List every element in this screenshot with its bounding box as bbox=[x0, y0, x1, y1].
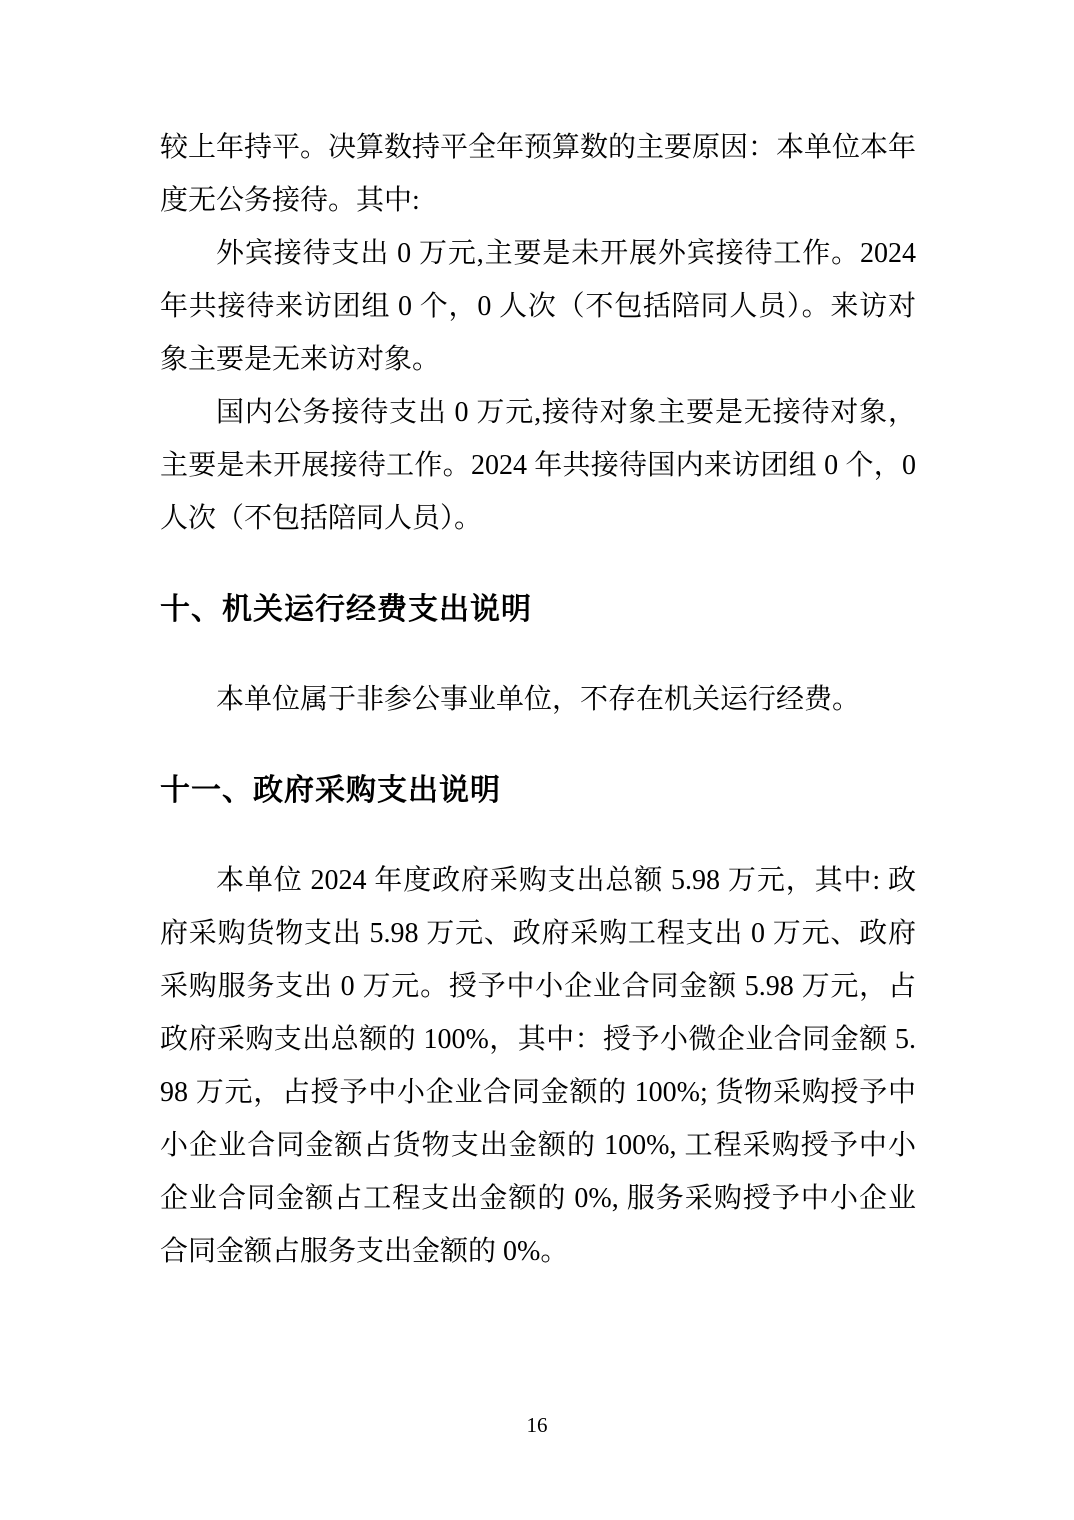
paragraph-reception-continued: 较上年持平。决算数持平全年预算数的主要原因：本单位本年度无公务接待。其中: bbox=[160, 121, 916, 227]
section-heading-10-agency-operating-expenses: 十、机关运行经费支出说明 bbox=[160, 589, 916, 631]
document-page: 较上年持平。决算数持平全年预算数的主要原因：本单位本年度无公务接待。其中: 外宾… bbox=[0, 0, 1074, 1520]
paragraph-agency-operating-expenses: 本单位属于非参公事业单位，不存在机关运行经费。 bbox=[160, 673, 916, 726]
paragraph-government-procurement: 本单位 2024 年度政府采购支出总额 5.98 万元，其中: 政府采购货物支出… bbox=[160, 854, 916, 1278]
paragraph-domestic-official-reception: 国内公务接待支出 0 万元,接待对象主要是无接待对象，主要是未开展接待工作。20… bbox=[160, 386, 916, 545]
section-heading-11-government-procurement: 十一、政府采购支出说明 bbox=[160, 770, 916, 812]
paragraph-foreign-guest-reception: 外宾接待支出 0 万元,主要是未开展外宾接待工作。2024 年共接待来访团组 0… bbox=[160, 227, 916, 386]
page-number: 16 bbox=[527, 1413, 548, 1437]
page-footer: 16 bbox=[0, 1413, 1074, 1438]
